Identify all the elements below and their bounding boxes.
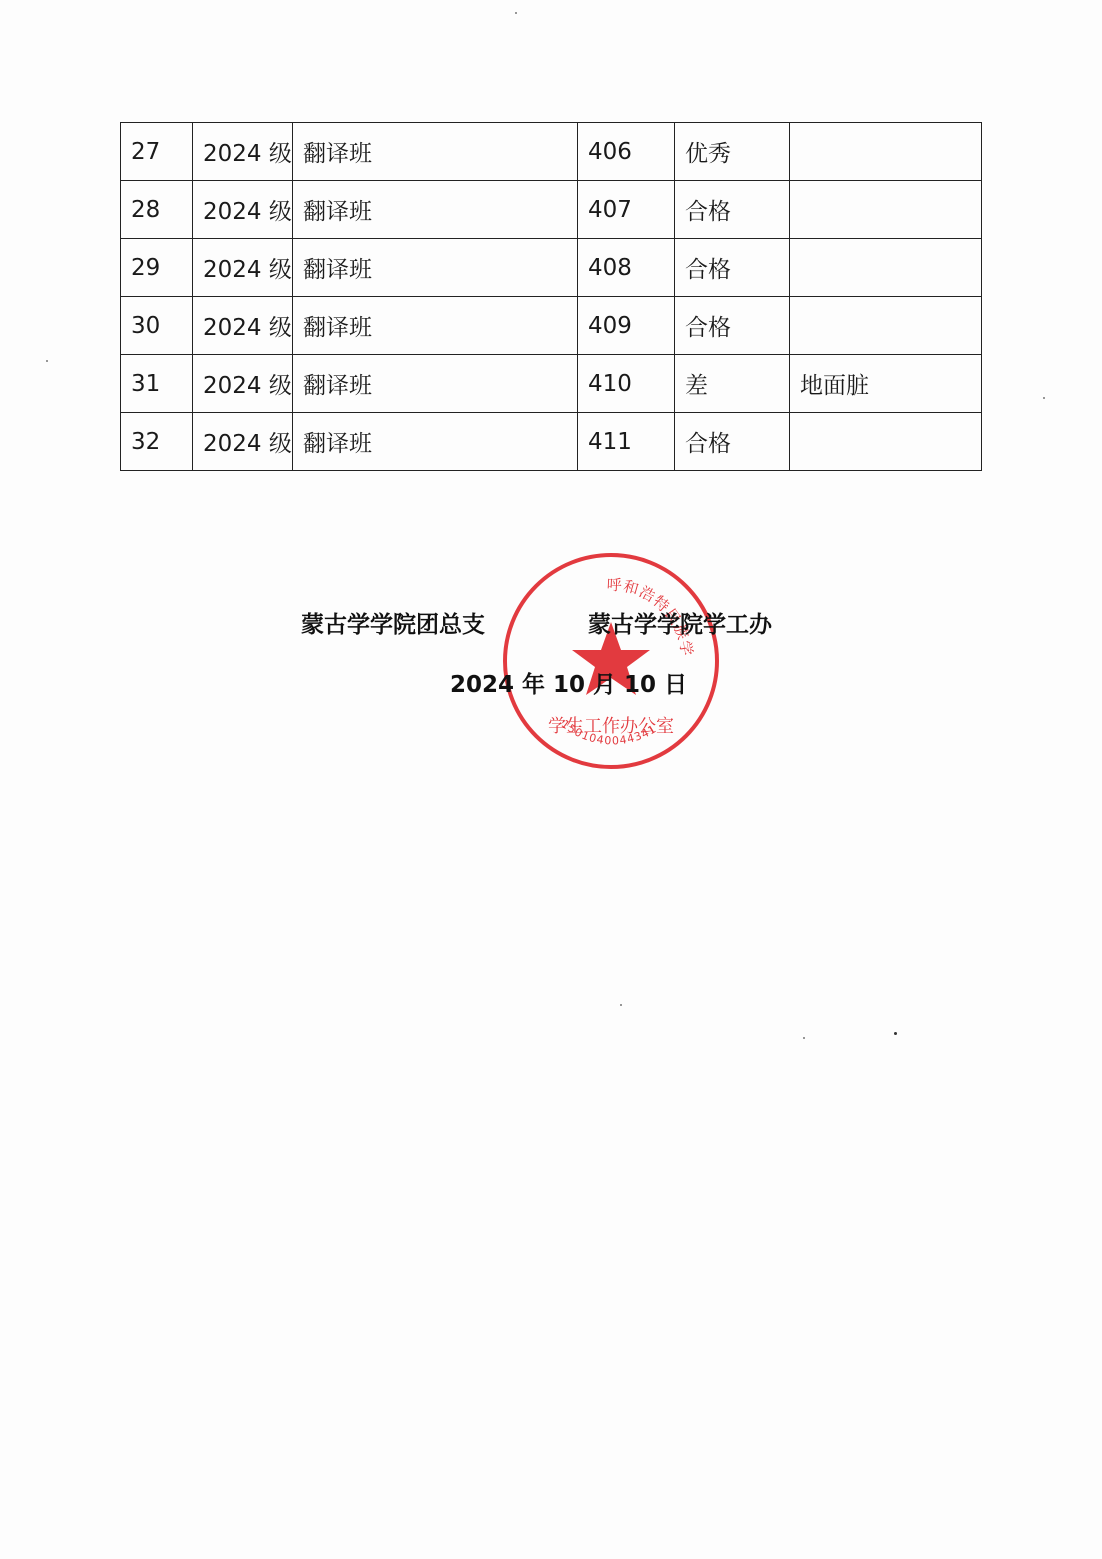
- cell-class: 翻译班: [293, 413, 578, 471]
- cell-no: 32: [121, 413, 193, 471]
- cell-no: 31: [121, 355, 193, 413]
- cell-grade: 2024 级: [193, 355, 293, 413]
- cell-no: 30: [121, 297, 193, 355]
- cell-note: [790, 239, 982, 297]
- cell-room: 410: [578, 355, 675, 413]
- scan-speck: [46, 360, 48, 362]
- cell-grade: 2024 级: [193, 297, 293, 355]
- table-row: 30 2024 级 翻译班 409 合格: [121, 297, 982, 355]
- dorm-inspection-table: 27 2024 级 翻译班 406 优秀 28 2024 级 翻译班 407 合…: [120, 122, 982, 471]
- table-row: 31 2024 级 翻译班 410 差 地面脏: [121, 355, 982, 413]
- cell-class: 翻译班: [293, 297, 578, 355]
- official-seal: 呼和浩特民族学院蒙古学学院 学生工作办公室 1501040044341: [500, 550, 722, 772]
- scan-speck: [515, 12, 517, 14]
- cell-note: [790, 181, 982, 239]
- table-row: 27 2024 级 翻译班 406 优秀: [121, 123, 982, 181]
- cell-note: [790, 123, 982, 181]
- cell-grade: 2024 级: [193, 181, 293, 239]
- seal-icon: 呼和浩特民族学院蒙古学学院 学生工作办公室 1501040044341: [500, 550, 722, 772]
- cell-grade: 2024 级: [193, 413, 293, 471]
- seal-top-text: 呼和浩特民族学院蒙古学学院: [500, 550, 696, 658]
- cell-rating: 合格: [675, 239, 790, 297]
- cell-rating: 合格: [675, 413, 790, 471]
- cell-no: 28: [121, 181, 193, 239]
- table-row: 29 2024 级 翻译班 408 合格: [121, 239, 982, 297]
- svg-text:呼和浩特民族学院蒙古学学院: 呼和浩特民族学院蒙古学学院: [500, 550, 696, 658]
- cell-rating: 合格: [675, 297, 790, 355]
- signature-date: 2024 年 10 月 10 日: [450, 666, 687, 699]
- cell-rating: 优秀: [675, 123, 790, 181]
- cell-room: 406: [578, 123, 675, 181]
- table-row: 28 2024 级 翻译班 407 合格: [121, 181, 982, 239]
- cell-class: 翻译班: [293, 355, 578, 413]
- cell-room: 408: [578, 239, 675, 297]
- cell-rating: 合格: [675, 181, 790, 239]
- cell-note: 地面脏: [790, 355, 982, 413]
- cell-grade: 2024 级: [193, 239, 293, 297]
- cell-class: 翻译班: [293, 181, 578, 239]
- cell-rating: 差: [675, 355, 790, 413]
- signature-right-org: 蒙古学学院学工办: [588, 606, 772, 639]
- scan-speck: [803, 1037, 805, 1039]
- cell-grade: 2024 级: [193, 123, 293, 181]
- cell-room: 409: [578, 297, 675, 355]
- cell-note: [790, 413, 982, 471]
- signature-left-org: 蒙古学学院团总支: [301, 606, 485, 639]
- cell-no: 29: [121, 239, 193, 297]
- cell-no: 27: [121, 123, 193, 181]
- cell-class: 翻译班: [293, 239, 578, 297]
- scan-speck: [1043, 397, 1045, 399]
- cell-class: 翻译班: [293, 123, 578, 181]
- cell-note: [790, 297, 982, 355]
- cell-room: 411: [578, 413, 675, 471]
- scan-speck: [894, 1032, 897, 1035]
- cell-room: 407: [578, 181, 675, 239]
- table-row: 32 2024 级 翻译班 411 合格: [121, 413, 982, 471]
- scan-speck: [620, 1004, 622, 1006]
